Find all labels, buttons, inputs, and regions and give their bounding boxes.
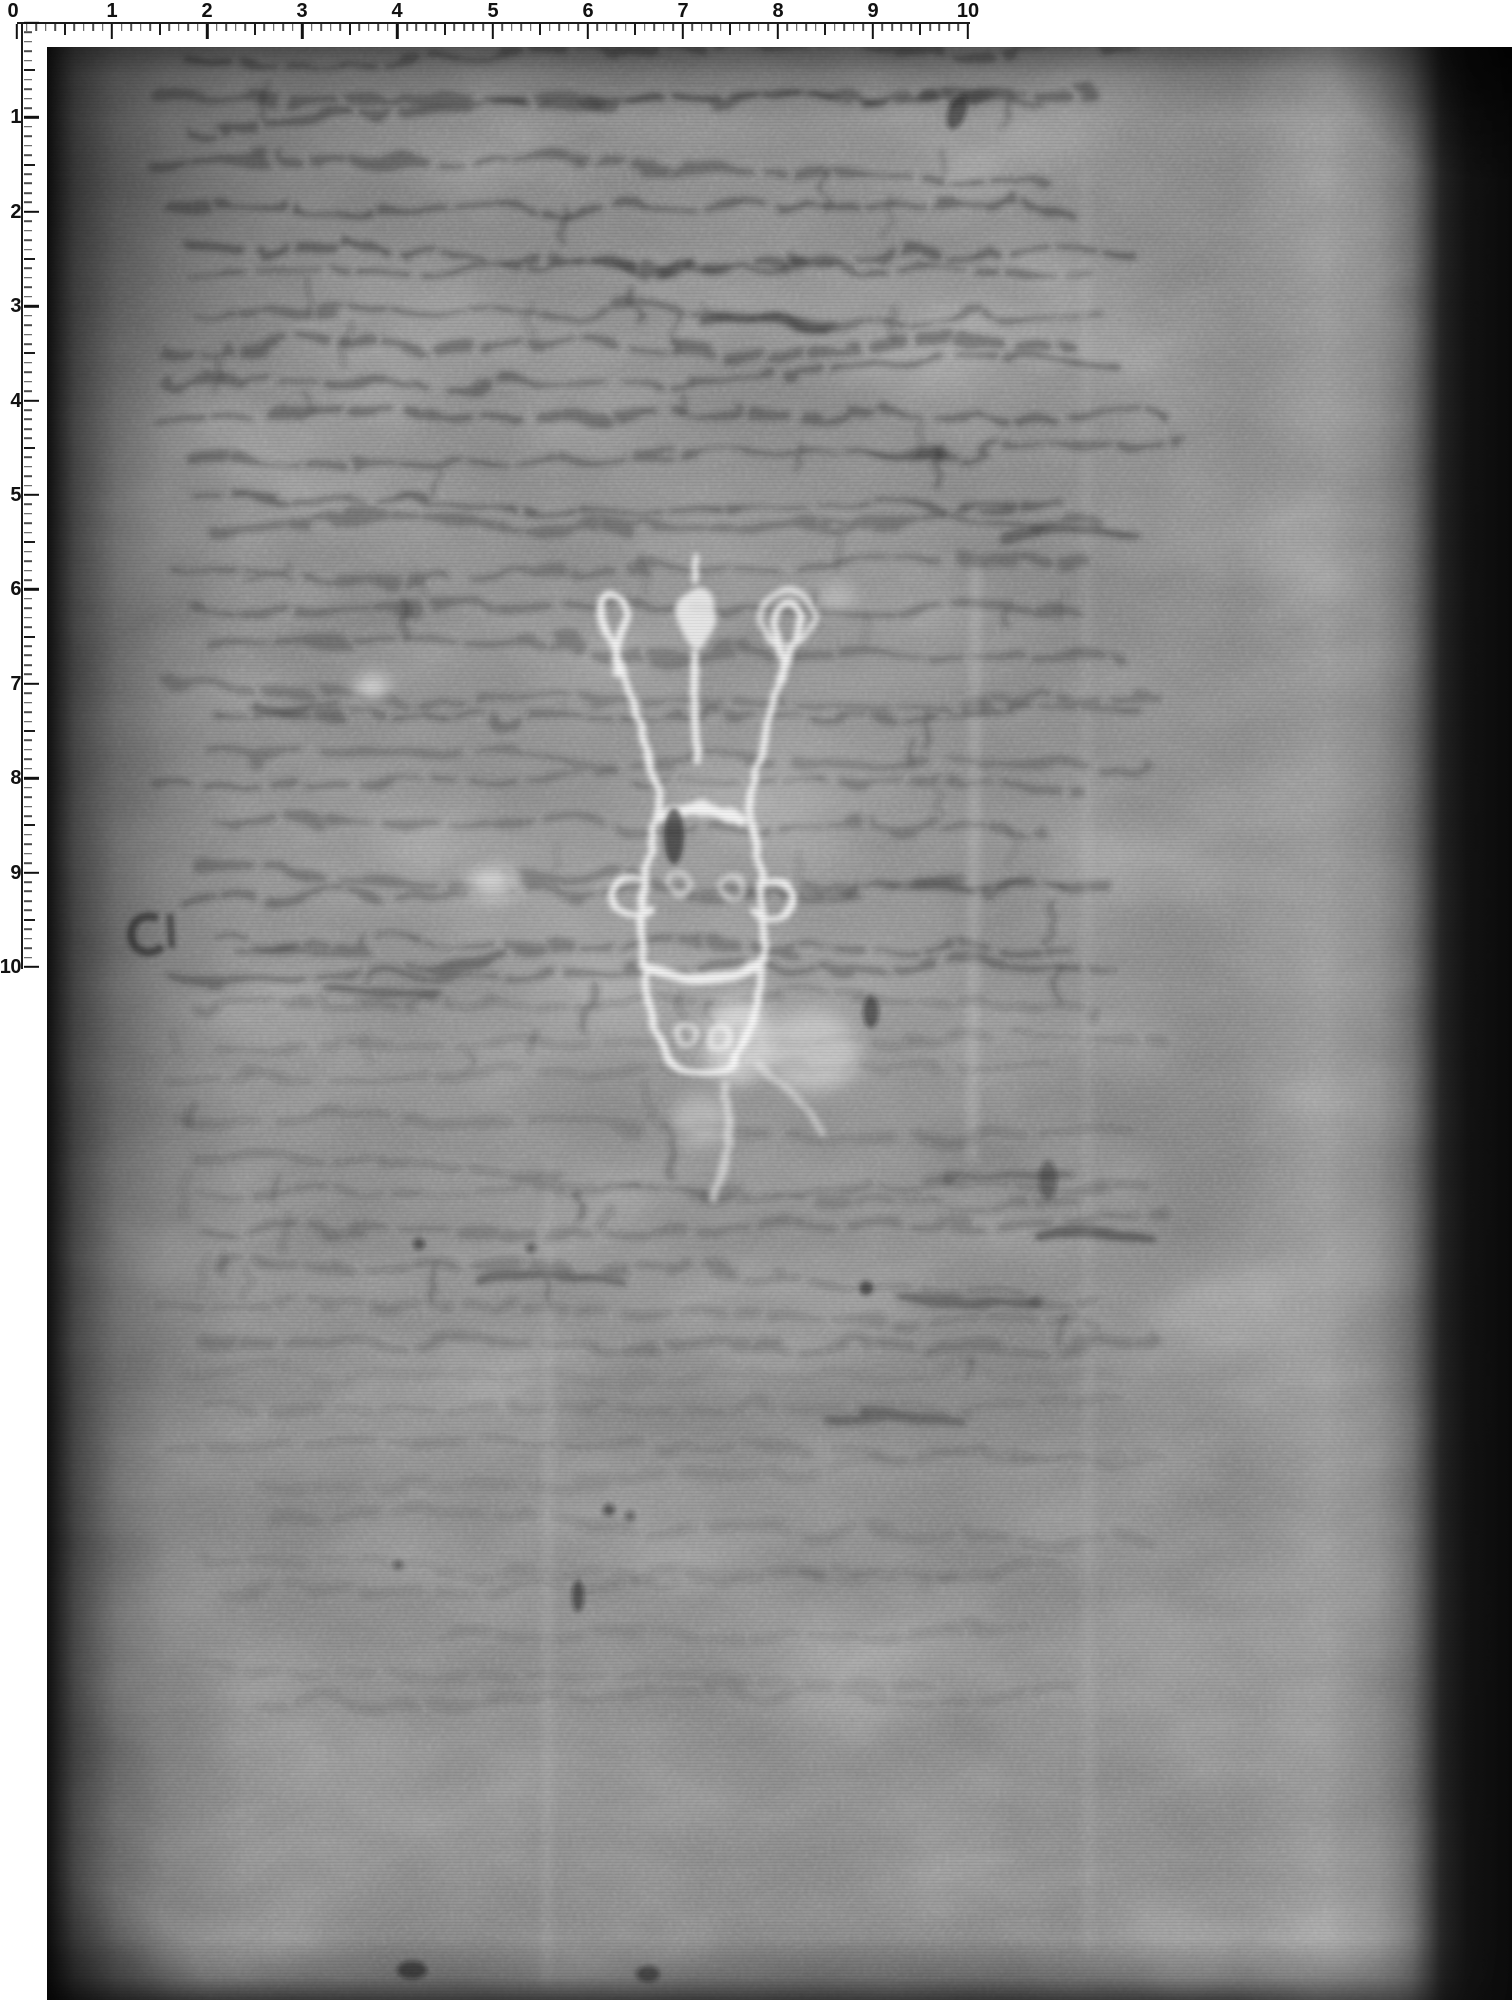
ruler-tick — [111, 24, 113, 39]
ruler-tick — [967, 24, 969, 39]
ruler-tick — [24, 891, 32, 893]
scribble-stroke — [307, 394, 310, 413]
ruler-tick — [24, 41, 32, 43]
scribble-stroke — [830, 1418, 964, 1420]
ruler-tick — [463, 24, 465, 31]
scribble-stroke — [673, 314, 676, 346]
ruler-tick — [292, 24, 294, 31]
scribble-stroke — [669, 1130, 674, 1173]
ruler-tick — [24, 692, 32, 694]
ruler-tick — [24, 588, 39, 590]
ruler-corner-label: 0 — [7, 1, 18, 21]
ruler-tick — [24, 135, 32, 137]
ruler-tick — [24, 626, 32, 628]
ruler-tick — [729, 24, 731, 35]
ruler-tick — [767, 24, 769, 31]
ruler-tick — [24, 268, 32, 270]
ruler-tick — [653, 24, 655, 31]
scribble-stroke — [558, 850, 559, 868]
ruler-tick — [140, 24, 142, 31]
scribble-stroke — [1061, 1315, 1062, 1343]
ruler-tick — [24, 315, 32, 317]
ruler-tick — [24, 541, 35, 543]
ruler-tick — [16, 24, 18, 39]
ruler-h-label-4: 4 — [391, 1, 402, 21]
ruler-tick — [92, 24, 94, 31]
ruler-v-label-9: 9 — [10, 863, 21, 883]
ruler-tick — [24, 636, 35, 638]
ruler-tick — [321, 24, 323, 31]
ruler-tick — [24, 202, 32, 204]
scribble-stroke — [240, 952, 365, 953]
ruler-tick — [24, 938, 32, 940]
ruler-tick — [568, 24, 570, 31]
ruler-tick — [24, 447, 35, 449]
ruler-tick — [435, 24, 437, 31]
scribble-stroke — [937, 780, 940, 818]
ruler-tick — [24, 60, 32, 62]
scribble-stroke — [193, 1107, 194, 1124]
ruler-tick — [681, 24, 683, 39]
ruler-tick — [387, 24, 389, 31]
scribble-stroke — [945, 150, 946, 185]
scribble-stroke — [681, 399, 685, 413]
ruler-tick — [919, 24, 921, 35]
ruler-v-label-6: 6 — [10, 579, 21, 599]
ruler-horizontal-line — [17, 22, 970, 24]
ruler-tick — [24, 674, 32, 676]
ruler-tick — [473, 24, 475, 31]
ruler-tick — [834, 24, 836, 31]
ruler-tick — [939, 24, 941, 31]
ruler-tick — [24, 910, 32, 912]
ruler-tick — [586, 24, 588, 39]
ruler-tick — [359, 24, 361, 31]
ruler-tick — [24, 617, 32, 619]
ruler-h-label-3: 3 — [296, 1, 307, 21]
ruler-tick — [501, 24, 503, 31]
ruler-tick — [24, 579, 32, 581]
ruler-tick — [24, 145, 32, 147]
ruler-tick — [24, 296, 32, 298]
ruler-tick — [24, 928, 32, 930]
ruler-tick — [24, 655, 32, 657]
ruler-tick — [24, 824, 35, 826]
ruler-tick — [301, 24, 303, 39]
scribble-stroke — [604, 1206, 607, 1226]
manuscript-photo — [47, 47, 1512, 2000]
ruler-tick — [263, 24, 265, 31]
ruler-tick — [282, 24, 284, 31]
scribble-stroke — [274, 1178, 275, 1199]
ruler-v-label-1: 1 — [10, 107, 21, 127]
ruler-tick — [24, 532, 32, 534]
scribble-stroke — [891, 309, 893, 337]
ruler-tick — [24, 258, 35, 260]
ruler-tick — [24, 806, 32, 808]
ruler-h-label-10: 10 — [957, 1, 979, 21]
ruler-tick — [787, 24, 789, 31]
ruler-tick — [24, 787, 32, 789]
ruler-tick — [24, 740, 32, 742]
ruler-tick — [615, 24, 617, 31]
ruler-tick — [24, 730, 35, 732]
ruler-tick — [606, 24, 608, 31]
ruler-tick — [73, 24, 75, 31]
ruler-tick — [24, 947, 32, 949]
scribble-stroke — [367, 1034, 368, 1067]
ruler-v-label-2: 2 — [10, 202, 21, 222]
ruler-tick — [378, 24, 380, 31]
watermark-forehead-blob — [720, 806, 740, 822]
ruler-tick — [24, 305, 39, 307]
ruler-tick — [24, 871, 39, 873]
scribble-stroke — [330, 991, 441, 996]
ruler-tick — [758, 24, 760, 31]
ruler-tick — [206, 24, 208, 39]
ruler-tick — [24, 173, 32, 175]
ruler-tick — [24, 523, 32, 525]
ruler-h-label-2: 2 — [201, 1, 212, 21]
ruler-tick — [634, 24, 636, 35]
scribble-stroke — [204, 1258, 206, 1287]
ruler-tick — [24, 919, 35, 921]
ruler-tick — [806, 24, 808, 31]
ruler-tick — [24, 504, 32, 506]
ruler-v-label-8: 8 — [10, 768, 21, 788]
ruler-tick — [24, 126, 32, 128]
ruler-tick — [24, 834, 32, 836]
ruler-tick — [872, 24, 874, 39]
ruler-tick — [406, 24, 408, 31]
ruler-tick — [748, 24, 750, 31]
ruler-tick — [168, 24, 170, 31]
ruler-h-label-9: 9 — [867, 1, 878, 21]
ruler-tick — [24, 513, 32, 515]
ruler-tick — [844, 24, 846, 31]
ruler-tick — [349, 24, 351, 35]
ruler-tick — [24, 371, 32, 373]
ruler-tick — [24, 853, 32, 855]
ruler-h-label-8: 8 — [772, 1, 783, 21]
ruler-tick — [596, 24, 598, 31]
ruler-tick — [35, 24, 37, 31]
ruler-tick — [24, 220, 32, 222]
ruler-tick — [24, 399, 39, 401]
ruler-tick — [24, 277, 32, 279]
ruler-tick — [24, 494, 39, 496]
ruler-tick — [26, 24, 28, 31]
scribble-stroke — [246, 1271, 247, 1295]
ruler-tick — [24, 749, 32, 751]
ruler-tick — [24, 22, 39, 24]
ruler-tick — [24, 116, 39, 118]
ruler-tick — [24, 381, 32, 383]
ruler-tick — [311, 24, 313, 31]
ruler-tick — [24, 711, 32, 713]
ruler-tick — [24, 645, 32, 647]
ruler-tick — [901, 24, 903, 31]
scribble-stroke — [1051, 905, 1053, 945]
ruler-tick — [330, 24, 332, 31]
ruler-tick — [24, 466, 32, 468]
ruler-tick — [24, 88, 32, 90]
ruler-tick — [396, 24, 398, 39]
scribble-stroke — [222, 1255, 225, 1273]
ruler-tick — [444, 24, 446, 35]
ruler-tick — [24, 192, 32, 194]
ruler-tick — [54, 24, 56, 31]
ruler-tick — [102, 24, 104, 31]
ruler-tick — [24, 438, 32, 440]
ruler-tick — [83, 24, 85, 31]
ruler-tick — [24, 607, 32, 609]
ruler-tick — [24, 683, 39, 685]
ruler-tick — [672, 24, 674, 31]
ruler-v-label-10: 10 — [0, 957, 21, 977]
ruler-tick — [24, 900, 32, 902]
ruler-tick — [691, 24, 693, 31]
ruler-tick — [24, 324, 32, 326]
ruler-tick — [24, 249, 32, 251]
ruler-tick — [24, 409, 32, 411]
ruler-tick — [24, 862, 32, 864]
ruler-tick — [273, 24, 275, 31]
ruler-tick — [958, 24, 960, 31]
ruler-tick — [720, 24, 722, 31]
ruler-tick — [244, 24, 246, 31]
scribble-stroke — [263, 87, 266, 119]
ruler-tick — [796, 24, 798, 31]
ruler-tick — [530, 24, 532, 31]
ruler-tick — [24, 475, 32, 477]
ruler-tick — [197, 24, 199, 31]
ruler-tick — [24, 664, 32, 666]
ruler-tick — [159, 24, 161, 35]
ruler-tick — [24, 881, 32, 883]
ruler-tick — [24, 796, 32, 798]
ruler-tick — [149, 24, 151, 31]
ruler-tick — [121, 24, 123, 31]
scribble-stroke — [1056, 966, 1059, 1002]
ruler-h-label-7: 7 — [677, 1, 688, 21]
scribble-stroke — [283, 1215, 287, 1247]
ruler-tick — [24, 598, 32, 600]
ruler-v-label-5: 5 — [10, 485, 21, 505]
ruler-tick — [24, 768, 32, 770]
scribble-stroke — [911, 742, 912, 761]
watermark-rod-tip — [695, 558, 696, 580]
ruler-tick — [24, 966, 39, 968]
ruler-tick — [777, 24, 779, 39]
scribble-stroke — [1011, 829, 1013, 866]
ruler-tick — [24, 334, 32, 336]
watermark-forehead-blob — [691, 799, 713, 817]
scribble-stroke — [532, 1032, 536, 1050]
ruler-tick — [45, 24, 47, 31]
ruler-tick — [929, 24, 931, 31]
ruler-tick — [24, 485, 32, 487]
ruler-tick — [216, 24, 218, 31]
ruler-tick — [24, 164, 35, 166]
ruler-tick — [739, 24, 741, 31]
ruler-tick — [482, 24, 484, 31]
ruler-tick — [910, 24, 912, 31]
ruler-tick — [815, 24, 817, 31]
ruler-tick — [948, 24, 950, 31]
ruler-tick — [24, 957, 32, 959]
manuscript-photo-canvas — [47, 47, 1512, 2000]
scribble-stroke — [683, 998, 685, 1015]
ruler-tick — [64, 24, 66, 35]
ruler-tick — [24, 815, 32, 817]
ruler-tick — [891, 24, 893, 31]
ruler-tick — [539, 24, 541, 35]
ruler-tick — [824, 24, 826, 35]
ruler-tick — [235, 24, 237, 31]
ruler-tick — [24, 721, 32, 723]
ruler-tick — [130, 24, 132, 31]
ruler-tick — [24, 154, 32, 156]
ruler-tick — [577, 24, 579, 31]
ruler-tick — [24, 570, 32, 572]
ruler-tick — [24, 79, 32, 81]
ruler-tick — [425, 24, 427, 31]
scribble-stroke — [401, 602, 406, 645]
ruler-tick — [24, 98, 32, 100]
scribble-stroke — [289, 564, 290, 585]
scribble-stroke — [935, 453, 940, 490]
ruler-tick — [24, 287, 32, 289]
ruler-tick — [710, 24, 712, 31]
ruler-tick — [24, 183, 32, 185]
ruler-tick — [863, 24, 865, 31]
scribble-stroke — [900, 1300, 1042, 1302]
ruler-tick — [24, 428, 32, 430]
scribble-stroke — [529, 309, 530, 331]
ruler-tick — [416, 24, 418, 31]
ruler-v-label-3: 3 — [10, 296, 21, 316]
ruler-tick — [254, 24, 256, 35]
ruler-tick — [24, 759, 32, 761]
ruler-tick — [24, 777, 39, 779]
ruler-tick — [511, 24, 513, 31]
ruler-tick — [558, 24, 560, 31]
ruler-tick — [24, 211, 39, 213]
ruler-tick — [187, 24, 189, 31]
ruler-tick — [340, 24, 342, 31]
watermark-rod — [695, 652, 697, 762]
watermark-measurement-page: 0 1 2 3 4 5 6 7 8 9 10 1 2 3 4 5 6 7 8 9… — [0, 0, 1512, 2000]
ruler-tick — [644, 24, 646, 31]
ruler-tick — [225, 24, 227, 31]
scribble-stroke — [870, 450, 940, 453]
ruler-h-label-5: 5 — [487, 1, 498, 21]
ruler-tick — [24, 560, 32, 562]
ruler-tick — [625, 24, 627, 31]
ruler-h-label-1: 1 — [106, 1, 117, 21]
ruler-tick — [853, 24, 855, 31]
ruler-tick — [24, 343, 32, 345]
ruler-tick — [24, 456, 32, 458]
ruler-tick — [24, 107, 32, 109]
ruler-tick — [368, 24, 370, 31]
ruler-tick — [491, 24, 493, 39]
ruler-tick — [549, 24, 551, 31]
ruler-tick — [454, 24, 456, 31]
ruler-tick — [520, 24, 522, 31]
ruler-v-label-4: 4 — [10, 391, 21, 411]
scribble-stroke — [433, 1262, 437, 1305]
ruler-tick — [24, 390, 32, 392]
ruler-tick — [178, 24, 180, 31]
ruler-tick — [24, 843, 32, 845]
ruler-tick — [24, 702, 32, 704]
scribble-stroke — [578, 1193, 581, 1220]
ruler-tick — [24, 551, 32, 553]
ruler-tick — [24, 352, 35, 354]
ruler-tick — [24, 51, 32, 53]
ruler-tick — [24, 32, 32, 34]
ruler-h-label-6: 6 — [582, 1, 593, 21]
ruler-tick — [882, 24, 884, 31]
ruler-v-label-7: 7 — [10, 674, 21, 694]
ruler-tick — [701, 24, 703, 31]
ruler-vertical-line — [21, 22, 23, 969]
ruler-tick — [24, 230, 32, 232]
ruler-tick — [663, 24, 665, 31]
ruler-tick — [24, 239, 32, 241]
scribble-stroke — [925, 712, 926, 748]
ruler-tick — [24, 419, 32, 421]
ruler-tick — [24, 69, 35, 71]
ruler-tick — [24, 362, 32, 364]
